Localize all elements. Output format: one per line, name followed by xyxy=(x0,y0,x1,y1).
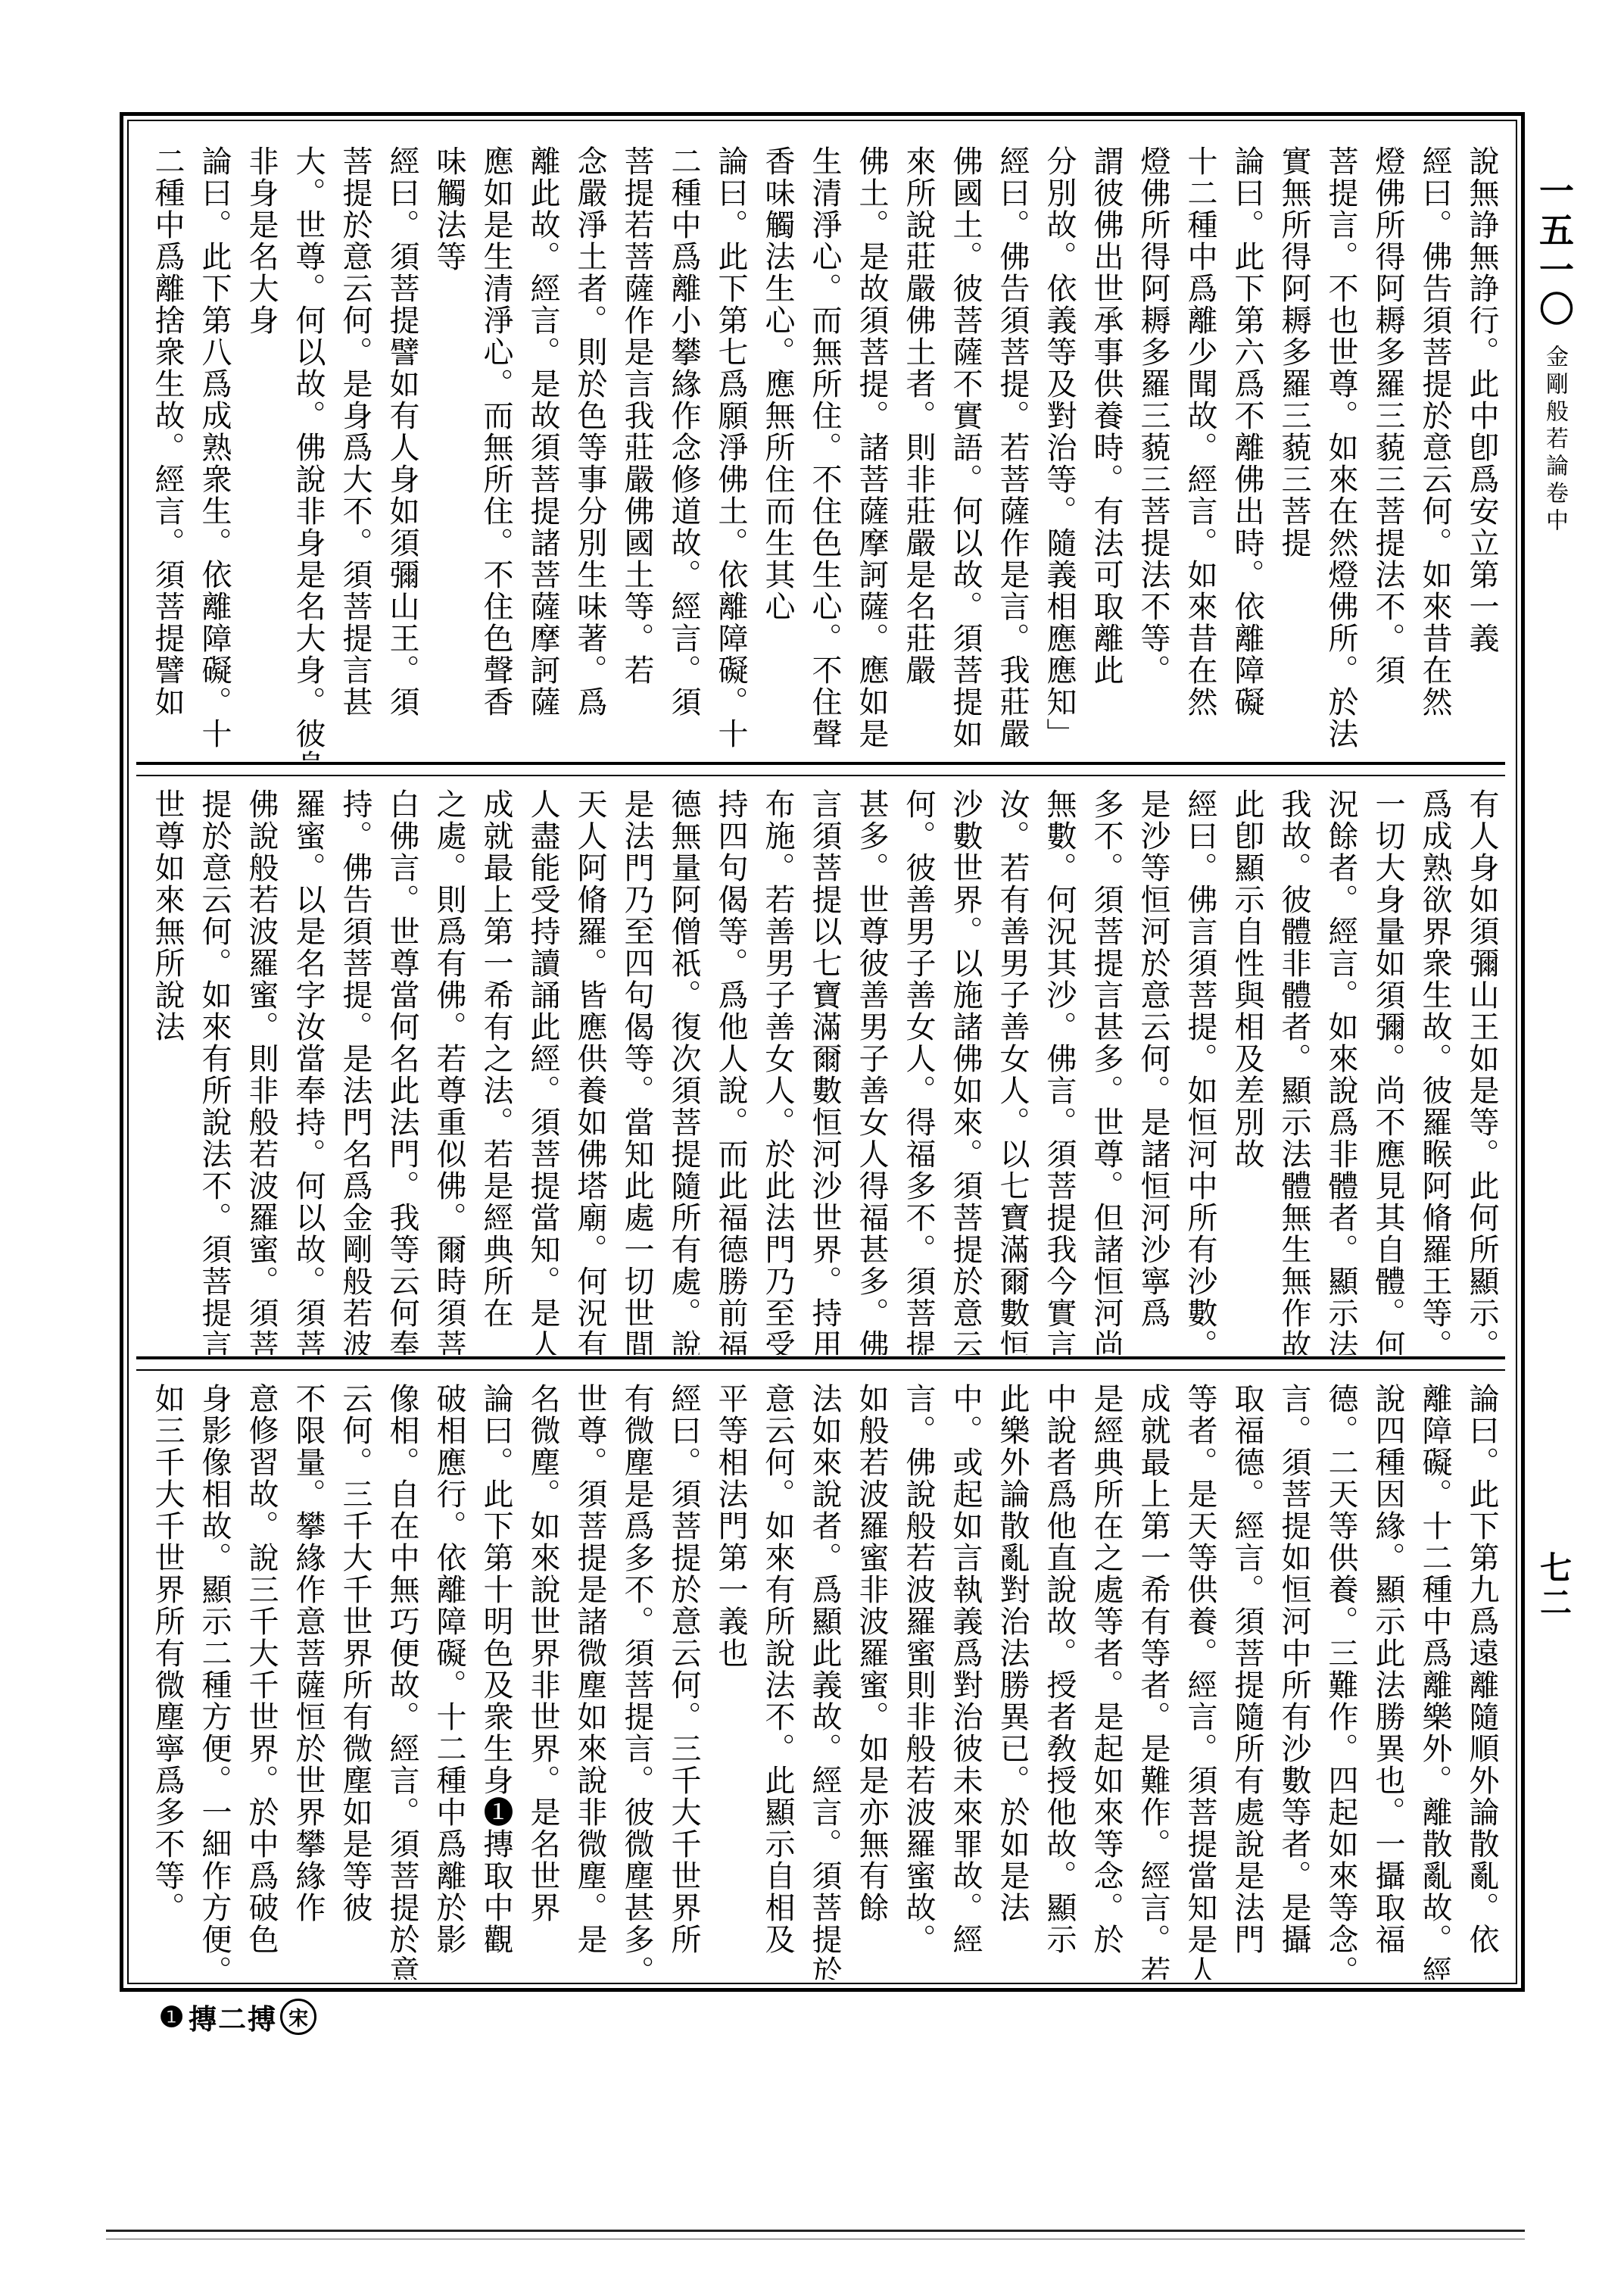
text-column: 味觸法等 xyxy=(425,145,472,760)
content-frame-inner: 說無諍無諍行。此中卽爲安立第一義經曰。佛告須菩提於意云何。如來昔在然燈佛所得阿耨… xyxy=(127,120,1517,1984)
text-column: 如般若波羅蜜非波羅蜜。如是亦無有餘 xyxy=(848,1383,895,1980)
text-column: 提於意云何。如來有所說法不。須菩提言。 xyxy=(191,788,238,1355)
text-column: 中說者爲他直說故。授者敎授他故。顯示 xyxy=(1036,1383,1083,1980)
text-column: 云何。三千大千世界所有微塵如是等彼 xyxy=(332,1383,379,1980)
text-column: 布施。若善男子善女人。於此法門乃至受 xyxy=(754,788,801,1355)
footer-rule xyxy=(106,2230,1525,2232)
text-column: 二種中爲離小攀緣作念修道故。經言。須 xyxy=(660,145,707,760)
text-column: 不限量。攀緣作意菩薩恒於世界攀緣作 xyxy=(285,1383,332,1980)
text-column: 我故。彼體非體者。顯示法體無生無作故。 xyxy=(1270,788,1317,1355)
text-column: 多不。須菩提言甚多。世尊。但諸恒河尚多 xyxy=(1083,788,1130,1355)
text-column: 念嚴淨土者。則於色等事分別生味著。爲 xyxy=(566,145,613,760)
text-column: 世尊。須菩提是諸微塵如來說非微塵。是 xyxy=(566,1383,613,1980)
text-column: 德無量阿僧祇。復次須菩提隨所有處。說 xyxy=(660,788,707,1355)
text-column: 德。二天等供養。三難作。四起如來等念。經 xyxy=(1317,1383,1364,1980)
text-column: 如三千大千世界所有微塵寧爲多不等。 xyxy=(144,1383,191,1980)
text-column: 羅蜜。以是名字汝當奉持。何以故。須菩提 xyxy=(285,788,332,1355)
text-column: 佛說般若波羅蜜。則非般若波羅蜜。須菩 xyxy=(238,788,285,1355)
text-column: 成就最上第一希有之法。若是經典所在 xyxy=(472,788,519,1355)
text-column: 持四句偈等。爲他人說。而此福德勝前福 xyxy=(707,788,754,1355)
text-column: 言。須菩提如恒河中所有沙數等者。是攝 xyxy=(1270,1383,1317,1980)
volume-title-label: 金剛般若論卷中 xyxy=(1541,345,1568,535)
text-column: 之處。則爲有佛。若尊重似佛。爾時須菩提 xyxy=(425,788,472,1355)
text-column: 應如是生清淨心。而無所住。不住色聲香 xyxy=(472,145,519,760)
text-column: 白佛言。世尊當何名此法門。我等云何奉 xyxy=(379,788,425,1355)
text-column: 中。或起如言執義爲對治彼未來罪故。經 xyxy=(942,1383,989,1980)
text-column: 是沙等恒河於意云何。是諸恒河沙寧爲 xyxy=(1130,788,1177,1355)
text-column: 十二種中爲離少聞故。經言。如來昔在然 xyxy=(1177,145,1223,760)
text-column: 菩提言。不也世尊。如來在然燈佛所。於法 xyxy=(1317,145,1364,760)
text-column: 一切大身量如須彌。尚不應見其自體。何 xyxy=(1364,788,1411,1355)
band-separator xyxy=(136,762,1505,776)
text-column: 燈佛所得阿耨多羅三藐三菩提法不。須 xyxy=(1364,145,1411,760)
footnote-marker: ❶ xyxy=(159,2000,185,2033)
text-column: 天人阿脩羅。皆應供養如佛塔廟。何況有 xyxy=(566,788,613,1355)
text-column: 人盡能受持讀誦此經。須菩提當知。是人 xyxy=(519,788,566,1355)
text-column: 無數。何況其沙。佛言。須菩提我今實言告 xyxy=(1036,788,1083,1355)
text-column: 燈佛所得阿耨多羅三藐三菩提法不等。 xyxy=(1130,145,1177,760)
text-column: 分別故。依義等及對治等。隨義相應應知」 xyxy=(1036,145,1083,760)
text-column: 謂彼佛出世承事供養時。有法可取離此 xyxy=(1083,145,1130,760)
text-band-bottom: 論曰。此下第九爲遠離隨順外論散亂。依離障礙。十二種中爲離樂外。離散亂故。經說四種… xyxy=(136,1372,1505,1980)
text-column: 意云何。如來有所說法不。此顯示自相及 xyxy=(754,1383,801,1980)
text-column: 說無諍無諍行。此中卽爲安立第一義 xyxy=(1458,145,1505,760)
text-column: 爲成熟欲界衆生故。彼羅睺阿脩羅王等。 xyxy=(1411,788,1458,1355)
text-column: 佛國土。彼菩薩不實語。何以故。須菩提如 xyxy=(942,145,989,760)
text-column: 意修習故。說三千大千世界。於中爲破色 xyxy=(238,1383,285,1980)
text-column: 菩提於意云何。是身爲大不。須菩提言甚 xyxy=(332,145,379,760)
text-column: 論曰。此下第六爲不離佛出時。依離障礙 xyxy=(1223,145,1270,760)
text-column: 取福德。經言。須菩提隨所有處說是法門 xyxy=(1223,1383,1270,1980)
text-column: 名微塵。如來說世界非世界。是名世界 xyxy=(519,1383,566,1980)
text-column: 非身是名大身 xyxy=(238,145,285,760)
text-column: 等者。是天等供養。經言。須菩提當知是人 xyxy=(1177,1383,1223,1980)
text-column: 成就最上第一希有等者。是難作。經言。若 xyxy=(1130,1383,1177,1980)
text-column: 說四種因緣。顯示此法勝異也。一攝取福 xyxy=(1364,1383,1411,1980)
text-column: 此卽顯示自性與相及差別故 xyxy=(1223,788,1270,1355)
text-column: 經曰。須菩提於意云何。三千大千世界所 xyxy=(660,1383,707,1980)
folio-number-label: 七二 xyxy=(1531,1551,1576,1621)
text-column: 汝。若有善男子善女人。以七寶滿爾數恒 xyxy=(989,788,1036,1355)
text-column: 是經典所在之處等者。是起如來等念。於 xyxy=(1083,1383,1130,1980)
text-column: 像相。自在中無巧便故。經言。須菩提於意 xyxy=(379,1383,425,1980)
text-column: 言須菩提以七寶滿爾數恒河沙世界。持用 xyxy=(801,788,848,1355)
right-margin-title-block: 一五一〇 金剛般若論卷中 xyxy=(1529,173,1579,854)
text-column: 大。世尊。何以故。佛說非身是名大身。彼身 xyxy=(285,145,332,760)
text-column: 有人身如須彌山王如是等。此何所顯示。 xyxy=(1458,788,1505,1355)
text-column: 菩提若菩薩作是言我莊嚴佛國土等。若 xyxy=(613,145,660,760)
text-column: 論曰。此下第八爲成熟衆生。依離障礙。十 xyxy=(191,145,238,760)
content-frame: 說無諍無諍行。此中卽爲安立第一義經曰。佛告須菩提於意云何。如來昔在然燈佛所得阿耨… xyxy=(120,112,1525,1992)
text-column: 甚多。世尊彼善男子善女人得福甚多。佛 xyxy=(848,788,895,1355)
text-band-top: 說無諍無諍行。此中卽爲安立第一義經曰。佛告須菩提於意云何。如來昔在然燈佛所得阿耨… xyxy=(136,135,1505,760)
text-column: 經曰。佛告須菩提。若菩薩作是言。我莊嚴 xyxy=(989,145,1036,760)
text-column: 有微塵是爲多不。須菩提言。彼微塵甚多。 xyxy=(613,1383,660,1980)
text-column: 經曰。佛告須菩提於意云何。如來昔在然 xyxy=(1411,145,1458,760)
text-column: 來所說莊嚴佛土者。則非莊嚴是名莊嚴 xyxy=(895,145,942,760)
text-column: 沙數世界。以施諸佛如來。須菩提於意云 xyxy=(942,788,989,1355)
band-separator xyxy=(136,1356,1505,1371)
text-column: 實無所得阿耨多羅三藐三菩提 xyxy=(1270,145,1317,760)
text-column: 論曰。此下第七爲願淨佛土。依離障礙。十 xyxy=(707,145,754,760)
text-column: 法如來說者。爲顯此義故。經言。須菩提於 xyxy=(801,1383,848,1980)
text-column: 言。佛說般若波羅蜜則非般若波羅蜜故。 xyxy=(895,1383,942,1980)
footer-rule xyxy=(106,2239,1525,2239)
text-column: 生清淨心。而無所住。不住色生心。不住聲 xyxy=(801,145,848,760)
text-column: 況餘者。經言。如來說爲非體者。顯示法無 xyxy=(1317,788,1364,1355)
text-column: 破相應行。依離障礙。十二種中爲離於影 xyxy=(425,1383,472,1980)
footnote-text: 摶二搏 xyxy=(189,1996,277,2037)
text-column: 香味觸法生心。應無所住而生其心 xyxy=(754,145,801,760)
text-column: 經曰。須菩提譬如有人身如須彌山王。須 xyxy=(379,145,425,760)
text-column: 離此故。經言。是故須菩提諸菩薩摩訶薩 xyxy=(519,145,566,760)
footnote: ❶ 摶二搏 宋 xyxy=(159,1996,316,2037)
edition-stamp: 宋 xyxy=(280,1999,316,2035)
text-column: 論曰。此下第十明色及衆生身❶摶取中觀 xyxy=(472,1383,519,1980)
text-column: 是法門乃至四句偈等。當知此處一切世間 xyxy=(613,788,660,1355)
text-band-middle: 有人身如須彌山王如是等。此何所顯示。爲成熟欲界衆生故。彼羅睺阿脩羅王等。一切大身… xyxy=(136,778,1505,1355)
page-number-label: 一五一〇 xyxy=(1534,173,1575,330)
text-column: 二種中爲離捨衆生故。經言。須菩提譬如 xyxy=(144,145,191,760)
text-column: 世尊如來無所說法 xyxy=(144,788,191,1355)
text-column: 持。佛告須菩提。是法門名爲金剛般若波 xyxy=(332,788,379,1355)
text-column: 此樂外論散亂對治法勝異已。於如是法 xyxy=(989,1383,1036,1980)
text-column: 離障礙。十二種中爲離樂外。離散亂故。經 xyxy=(1411,1383,1458,1980)
text-column: 經曰。佛言須菩提。如恒河中所有沙數。如 xyxy=(1177,788,1223,1355)
text-column: 何。彼善男子善女人。得福多不。須菩提言 xyxy=(895,788,942,1355)
text-column: 論曰。此下第九爲遠離隨順外論散亂。依 xyxy=(1458,1383,1505,1980)
text-column: 平等相法門第一義也 xyxy=(707,1383,754,1980)
text-column: 身影像相故。顯示二種方便。一細作方便。 xyxy=(191,1383,238,1980)
text-column: 佛土。是故須菩提。諸菩薩摩訶薩。應如是 xyxy=(848,145,895,760)
